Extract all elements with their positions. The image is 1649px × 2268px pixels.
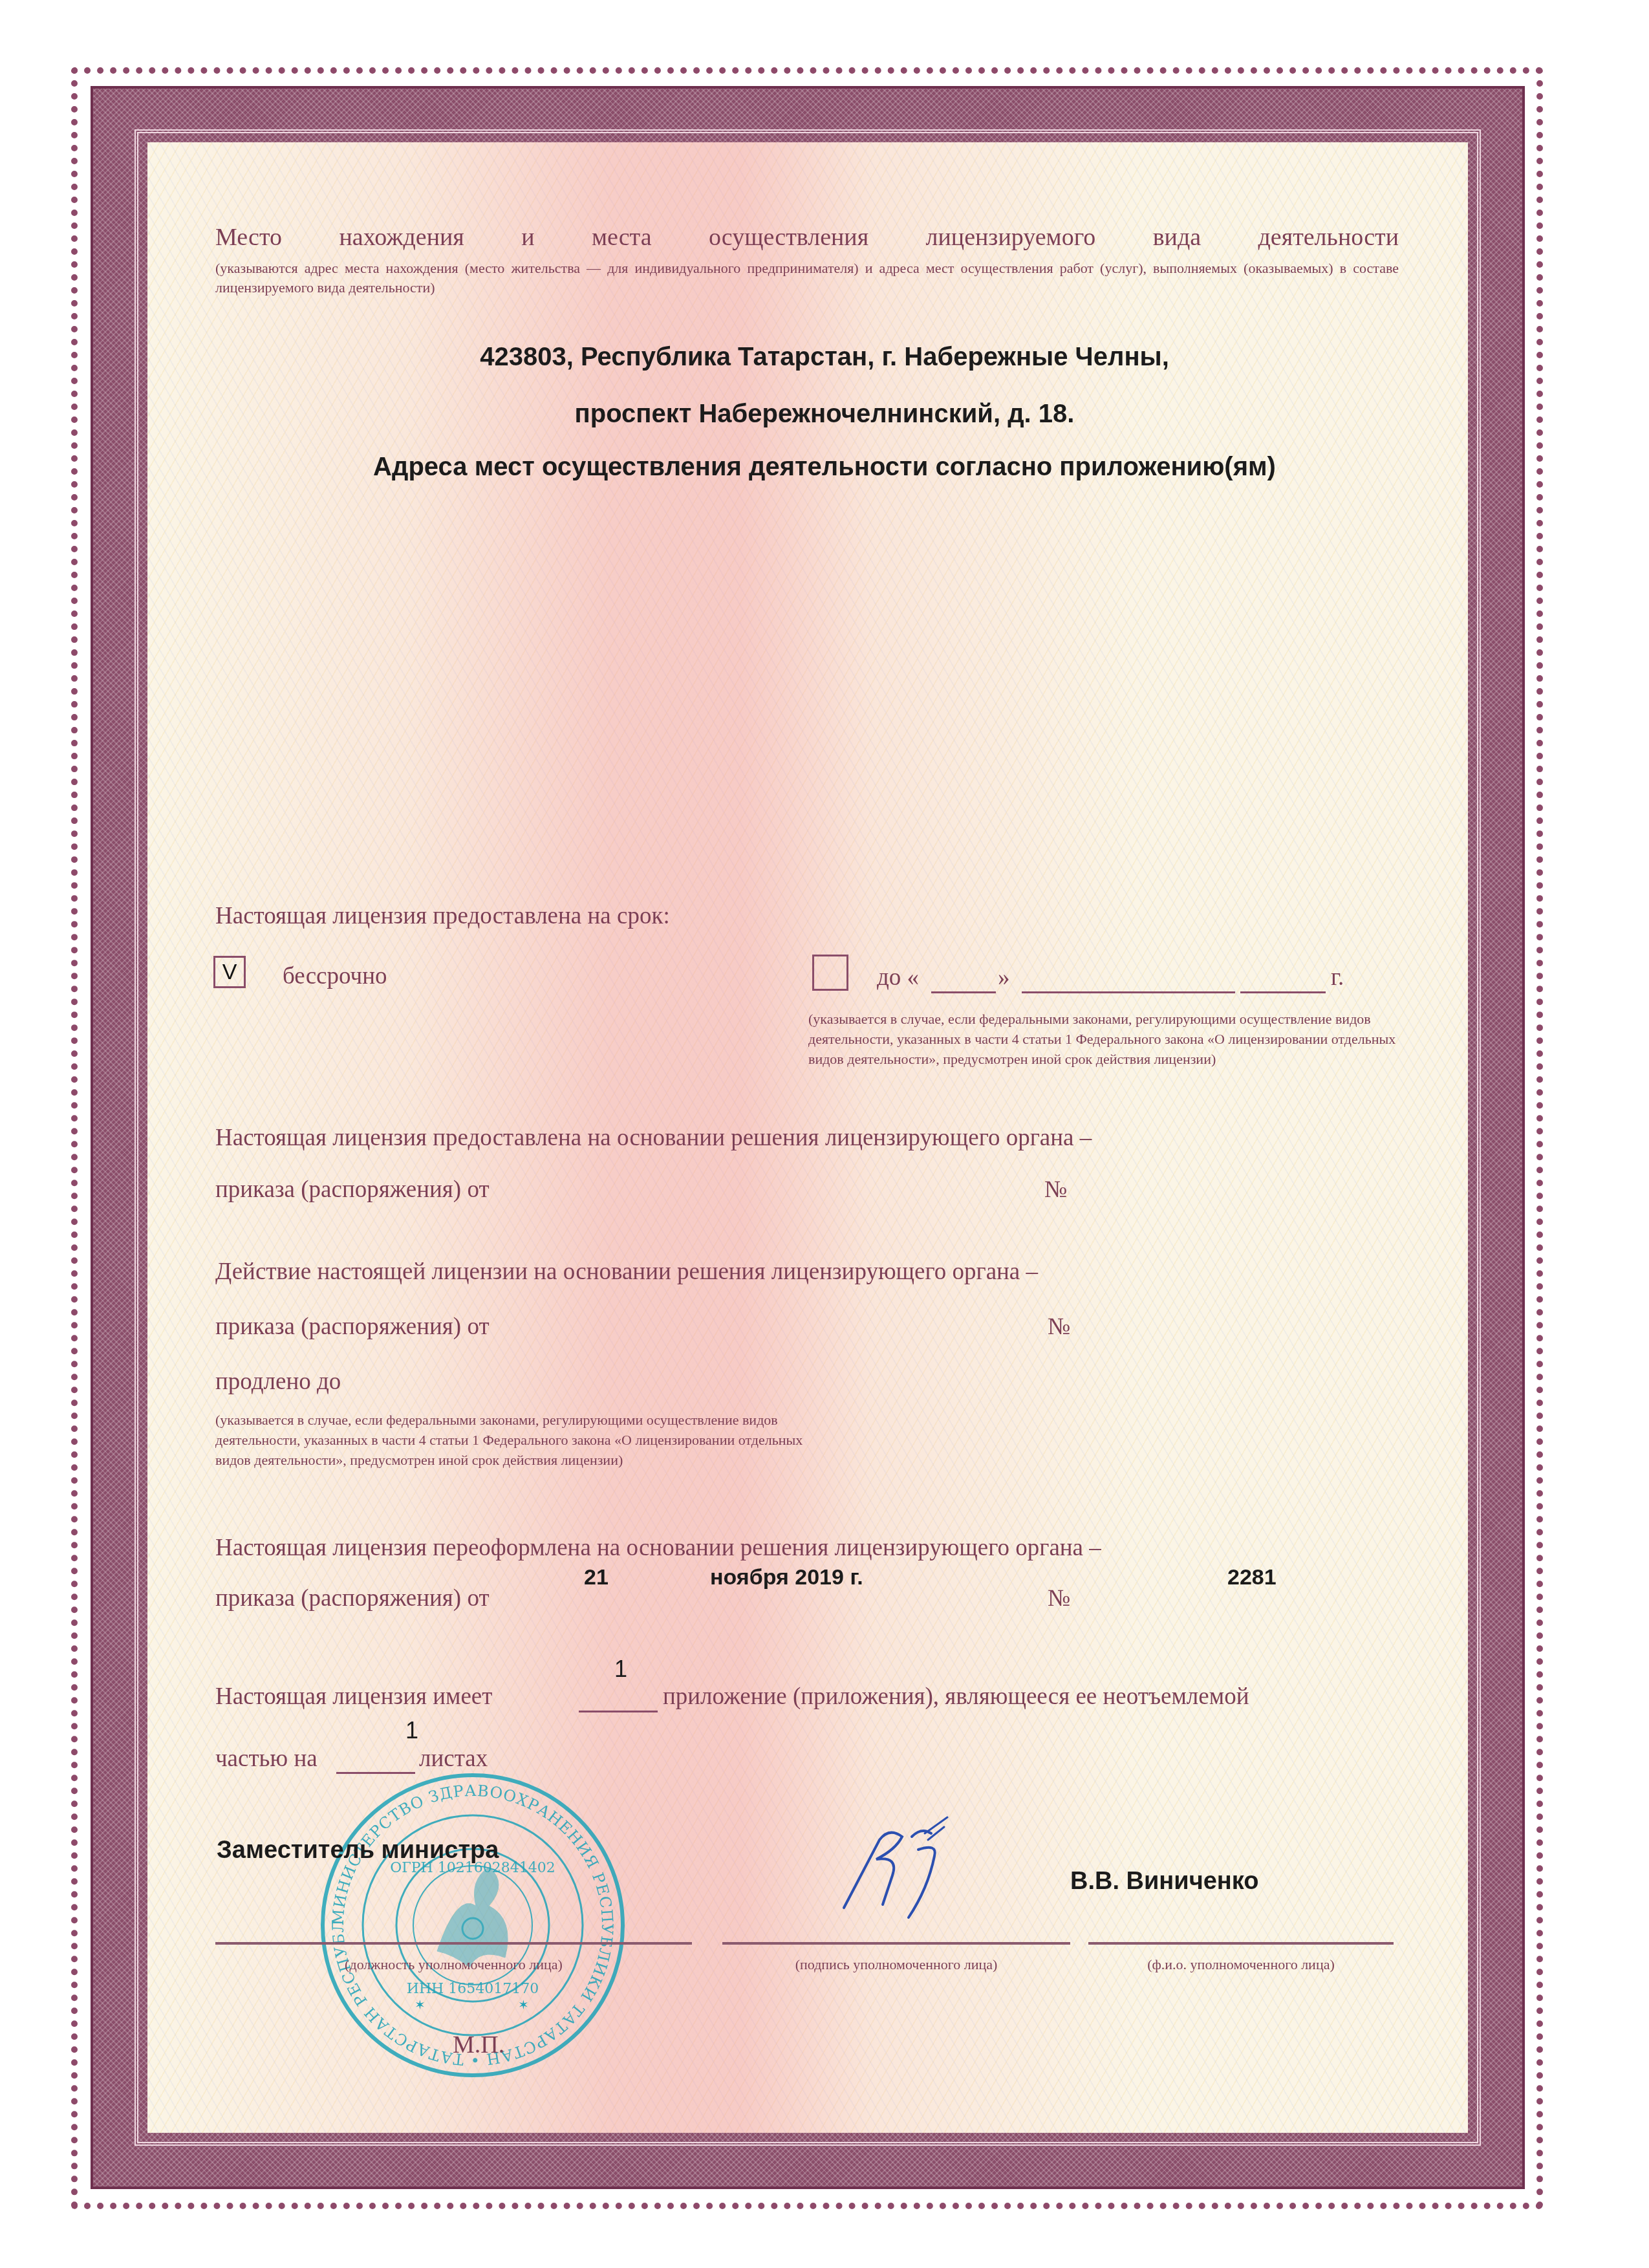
appendix-prefix: Настоящая лицензия имеет bbox=[215, 1683, 492, 1711]
signer-name: В.В. Виниченко bbox=[1070, 1868, 1259, 1895]
indefinite-label: бессрочно bbox=[283, 962, 387, 990]
appendix-count: 1 bbox=[614, 1656, 627, 1683]
indefinite-checkbox[interactable]: V bbox=[213, 956, 246, 988]
granted-number-label: № bbox=[1044, 1176, 1067, 1204]
signature-line bbox=[722, 1942, 1070, 1945]
until-date-checkbox[interactable] bbox=[812, 955, 848, 991]
until-year-field[interactable] bbox=[1240, 991, 1326, 993]
until-note: (указывается в случае, если федеральными… bbox=[808, 1009, 1410, 1069]
extended-number-label: № bbox=[1048, 1313, 1070, 1341]
until-suffix: г. bbox=[1331, 964, 1344, 991]
address-line-2: проспект Набережночелнинский, д. 18. bbox=[0, 400, 1649, 429]
seal-place-label: М.П. bbox=[453, 2031, 504, 2059]
appendix-suffix: приложение (приложения), являющееся ее н… bbox=[663, 1683, 1249, 1711]
reissued-order-label: приказа (распоряжения) от bbox=[215, 1584, 490, 1612]
until-day-field[interactable] bbox=[931, 991, 996, 993]
section-title-location: Место нахождения и места осуществления л… bbox=[215, 223, 1399, 252]
name-line bbox=[1088, 1942, 1394, 1945]
appendix-line2-prefix: частью на bbox=[215, 1745, 318, 1773]
reissued-number-label: № bbox=[1048, 1584, 1070, 1612]
handwritten-signature bbox=[841, 1798, 970, 1927]
check-mark-icon: V bbox=[215, 958, 244, 986]
extended-label: Действие настоящей лицензии на основании… bbox=[215, 1258, 1038, 1286]
svg-text:✶: ✶ bbox=[518, 1998, 529, 2013]
extended-note: (указывается в случае, если федеральными… bbox=[215, 1410, 817, 1470]
appendix-count-underline bbox=[579, 1711, 658, 1712]
reissued-label: Настоящая лицензия переоформлена на осно… bbox=[215, 1534, 1101, 1562]
address-line-3: Адреса мест осуществления деятельности с… bbox=[0, 453, 1649, 482]
svg-text:✶: ✶ bbox=[415, 1998, 426, 2013]
reissued-day: 21 bbox=[584, 1565, 609, 1590]
until-month-field[interactable] bbox=[1022, 991, 1235, 993]
signer-position: Заместитель министра bbox=[217, 1837, 499, 1864]
extended-order-label: приказа (распоряжения) от bbox=[215, 1313, 490, 1341]
granted-order-label: приказа (распоряжения) от bbox=[215, 1176, 490, 1204]
position-line bbox=[215, 1942, 692, 1945]
appendix-sheets: 1 bbox=[405, 1717, 418, 1744]
extended-until-label: продлено до bbox=[215, 1368, 341, 1396]
term-label: Настоящая лицензия предоставлена на срок… bbox=[215, 902, 670, 930]
reissued-month-year: ноября 2019 г. bbox=[710, 1565, 863, 1590]
caption-position: (должность уполномоченного лица) bbox=[215, 1956, 692, 1973]
reissued-number: 2281 bbox=[1227, 1565, 1277, 1590]
caption-name: (ф.и.о. уполномоченного лица) bbox=[1088, 1956, 1394, 1973]
caption-signature: (подпись уполномоченного лица) bbox=[722, 1956, 1070, 1973]
granted-label: Настоящая лицензия предоставлена на осно… bbox=[215, 1124, 1092, 1152]
until-mid: » bbox=[998, 964, 1010, 991]
section-note-location: (указываются адрес места нахождения (мес… bbox=[215, 259, 1399, 297]
address-line-1: 423803, Республика Татарстан, г. Набереж… bbox=[0, 343, 1649, 372]
stamp-inn: ИНН 1654017170 bbox=[407, 1981, 539, 1997]
until-prefix: до « bbox=[877, 964, 919, 991]
appendix-line2-suffix: листах bbox=[419, 1745, 488, 1773]
